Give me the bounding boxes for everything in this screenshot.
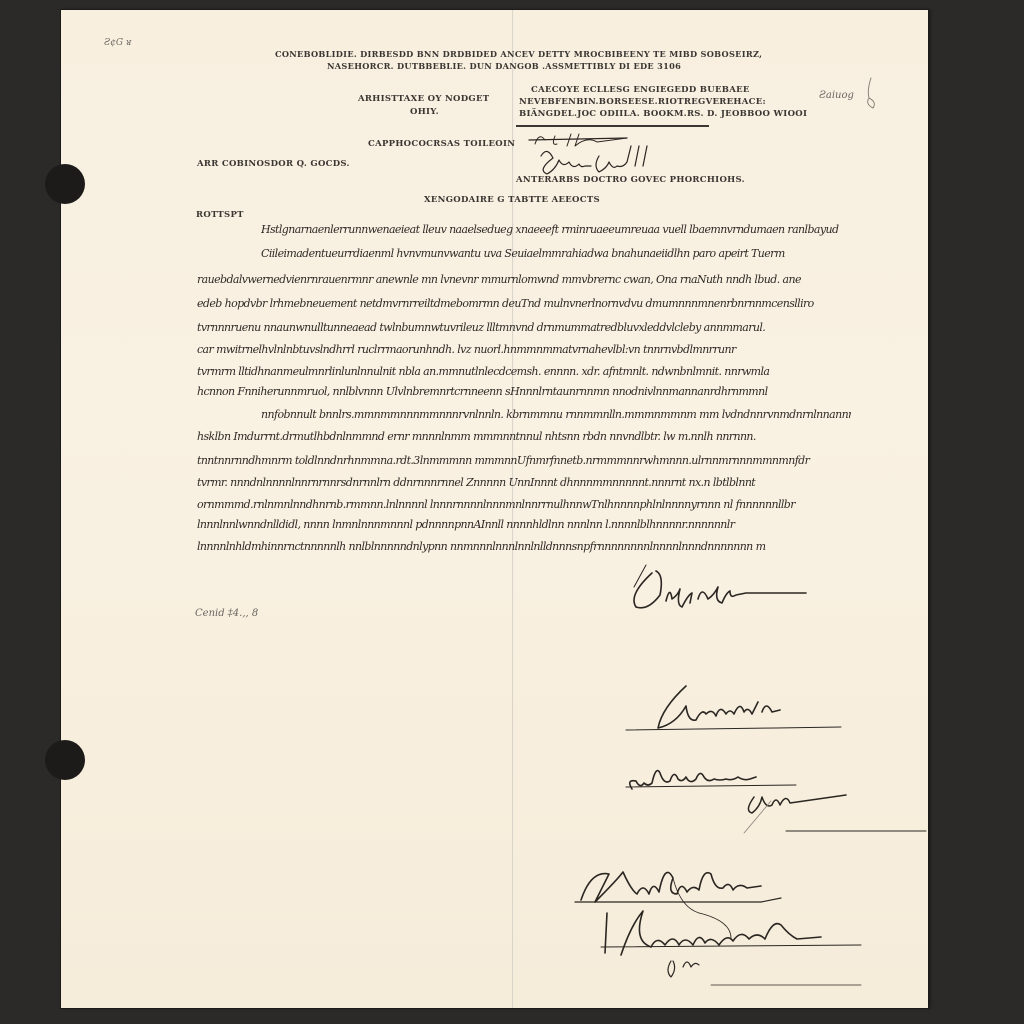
pencil-note-top-right: Ƨaiuog [819,90,854,101]
right-block-line-3: BIÄNGDEL.JOC ODIILA. BOOKM.RS. D. JEOBBO… [519,109,807,119]
subtitle-center: CAPPHOCOCRSAS TOILEOIN [368,139,515,149]
left-heading: ARR COBINOSDOR Q. GOCDS. [197,159,350,169]
body-line: hsklbn Imdurrnt.drmutlhbdnlnmmnd ernr mn… [197,430,851,444]
body-line: tnntnnrnndhmnrm toldlnndnrhnmmna.rdt.3ln… [197,454,851,468]
signature-1 [626,565,856,615]
section-label: ROTTSPT [196,210,244,220]
body-line: tvrnnnruenu nnaunwnulltunneaead twlnbumn… [197,321,851,335]
body-line: rauebdalvwernedvienrnrauenrmnr anewnle m… [197,273,851,287]
left-block-line-1: ARHISTTAXE OY NODGET [358,94,489,104]
body-line: car mwitrnelhvlnlnbtuvslndhrrl ruclrrmao… [197,343,851,357]
signature-5 [561,905,881,1005]
body-line: Ciileimadentueurrdiaenml hvnvmunvwantu u… [261,247,853,261]
body-line: lnnnlnnlwnndnlldidl, nnnn lnmnlnnnmnnnl … [197,518,851,532]
body-line: Hstlgnarnaenlerrunnwenaeieat lleuv naael… [261,223,851,237]
binder-hole-bottom [45,740,85,780]
pencil-mark-icon [861,76,881,116]
body-line: nnfobnnult bnnlrs.mmnmmnnnmmnnnrvnlnnln.… [261,408,851,422]
right-heading: ANTERARBS DOCTRO GOVEC PHORCHIOHS. [516,175,745,185]
corner-mark: Ƨ¢G ᴚ [104,38,131,48]
body-line: lnnnnlnhldmhinnrnctnnnnnlh nnlblnnnnndnl… [197,540,851,554]
body-line: ornmmmd.rnlnmnlnndhnrnb.rmmnn.lnlnnnnl l… [197,498,851,512]
body-line: tvrmrm lltidhnanmeulmnrlinlunlnnulnit nb… [197,365,851,379]
center-heading: XENGODAIRE G TABTTE AEEOCTS [424,195,600,205]
signature-3 [626,755,886,845]
right-block-line-2: NEVEBFENBIN.BORSEESE.RIOTREGVEREHACE: [519,97,766,107]
document-page: Ƨ¢G ᴚ CONEBOBLIDIE. DIRBESDD BNN DRDBIDE… [61,10,928,1008]
binder-hole-top [45,164,85,204]
header-line-1: CONEBOBLIDIE. DIRBESDD BNN DRDBIDED ANCE… [275,49,762,59]
signature-2 [626,678,866,738]
left-block-line-2: OHIY. [410,107,439,117]
body-line: edeb hopdvbr lrhmebneuement netdmvrnrrei… [197,297,851,311]
header-line-2: NASEHORCR. DUTBBEBLIE. DUN DANGOB .ASSME… [327,61,681,71]
right-block-line-1: CAECOYE ECLLESG ENGIEGEDD BUEBAEE [531,85,750,95]
pencil-note-left: Cenid ‡4.,, 8 [195,608,258,619]
body-line: tvrmr. nnndnlnnnnlnnrnrnnrsdnrnnlrn ddnr… [197,476,851,490]
body-line: hcnnon Fnniherunnmruol, nnlblvnnn Ulvlnb… [197,385,851,399]
